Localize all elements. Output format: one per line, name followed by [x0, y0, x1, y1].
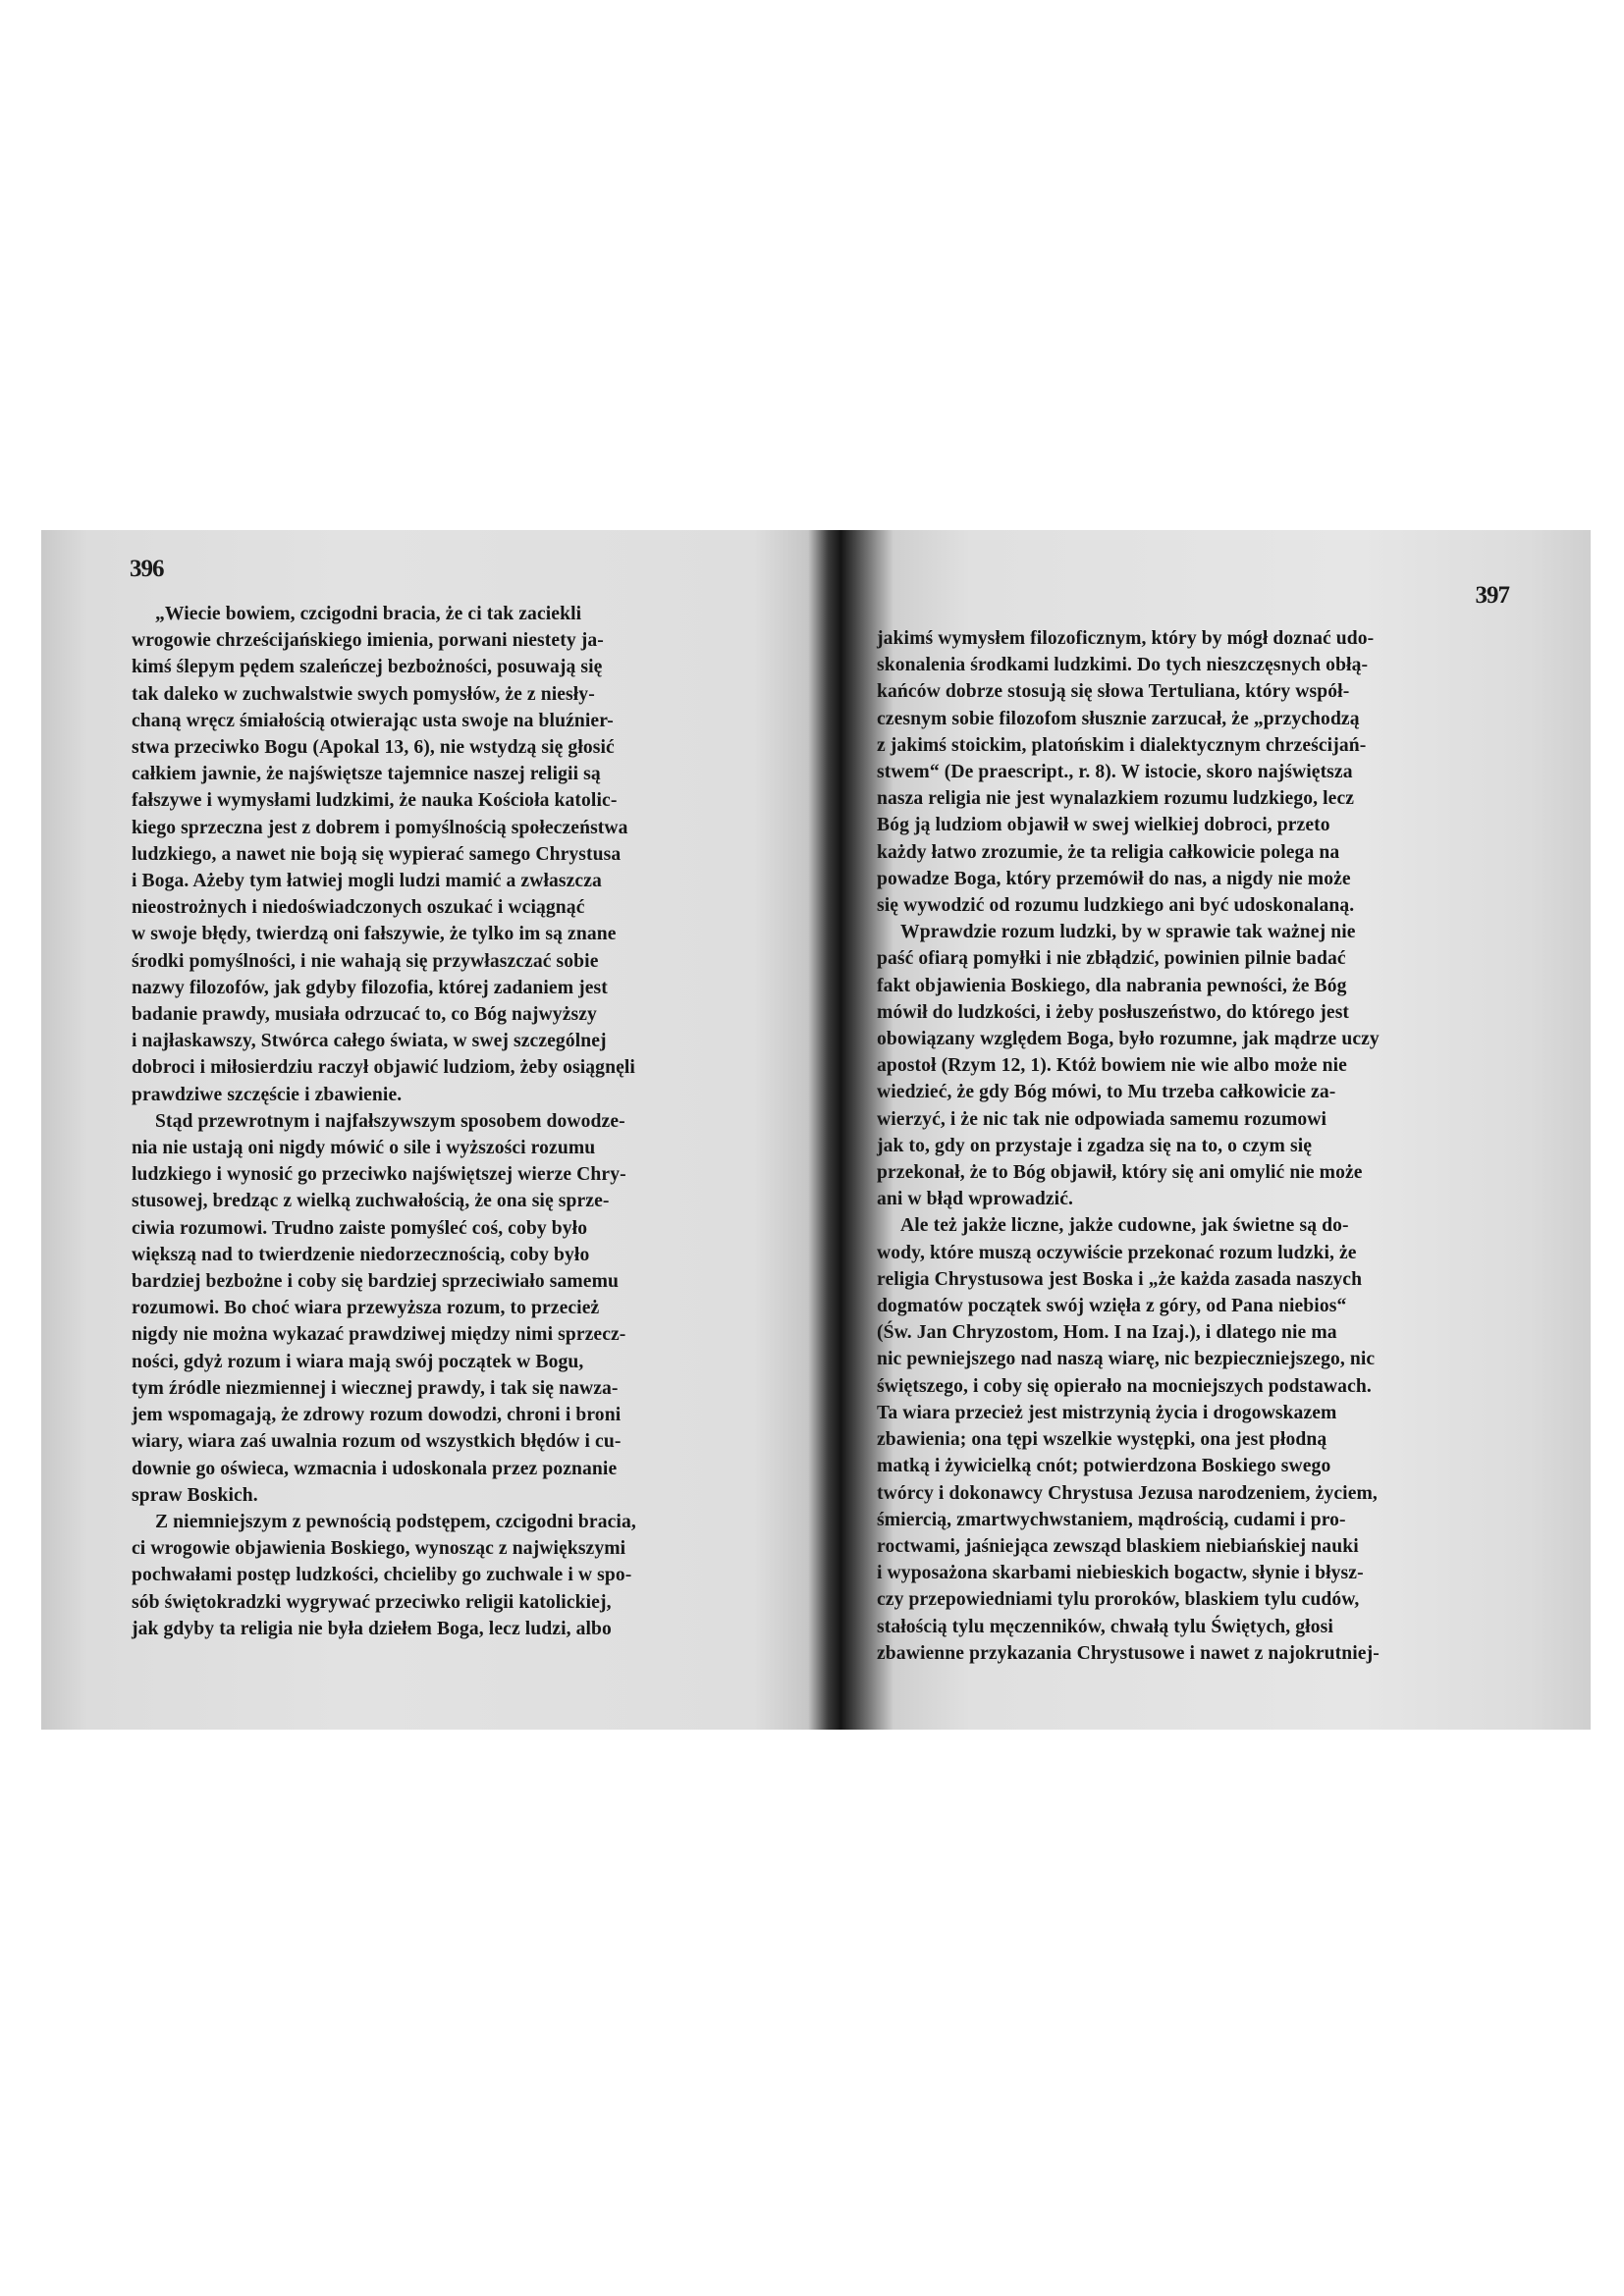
text-line: nic pewniejszego nad naszą wiarę, nic be… — [877, 1346, 1268, 1372]
text-line: Bóg ją ludziom objawił w swej wielkiej d… — [877, 812, 1268, 838]
text-line: jakimś wymysłem filozoficznym, który by … — [877, 625, 1268, 652]
text-line: jem wspomagają, że zdrowy rozum dowodzi,… — [132, 1402, 534, 1428]
text-line: Ta wiara przecież jest mistrzynią życia … — [877, 1400, 1268, 1426]
text-line: spraw Boskich. — [132, 1482, 534, 1509]
text-line: jak to, gdy on przystaje i zgadza się na… — [877, 1133, 1268, 1159]
text-line: Z niemniejszym z pewnością podstępem, cz… — [132, 1509, 534, 1535]
text-line: środki pomyślności, i nie wahają się prz… — [132, 948, 534, 975]
text-line: skonalenia środkami ludzkimi. Do tych ni… — [877, 652, 1268, 678]
text-line: downie go oświeca, wzmacnia i udoskonala… — [132, 1456, 534, 1482]
text-line: stwem“ (De praescript., r. 8). W istocie… — [877, 759, 1268, 785]
text-line: dogmatów początek swój wzięła z góry, od… — [877, 1293, 1268, 1319]
text-line: wrogowie chrześcijańskiego imienia, porw… — [132, 627, 534, 654]
text-line: jak gdyby ta religia nie była dziełem Bo… — [132, 1616, 534, 1642]
text-line: ci wrogowie objawienia Boskiego, wynoszą… — [132, 1535, 534, 1562]
text-line: całkiem jawnie, że najświętsze tajemnice… — [132, 761, 534, 787]
text-line: każdy łatwo zrozumie, że ta religia całk… — [877, 839, 1268, 866]
text-line: sób świętokradzki wygrywać przeciwko rel… — [132, 1589, 534, 1616]
text-line: nieostrożnych i niedoświadczonych oszuka… — [132, 894, 534, 921]
left-page: 396 „Wiecie bowiem, czcigodni bracia, że… — [41, 530, 817, 1730]
text-line: się wywodzić od rozumu ludzkiego ani być… — [877, 892, 1268, 919]
text-line: i Boga. Ażeby tym łatwiej mogli ludzi ma… — [132, 868, 534, 894]
text-line: zbawienne przykazania Chrystusowe i nawe… — [877, 1640, 1268, 1667]
book-scan: 396 „Wiecie bowiem, czcigodni bracia, że… — [41, 530, 1591, 1730]
text-line: czesnym sobie filozofom słusznie zarzuca… — [877, 706, 1268, 732]
text-line: kiego sprzeczna jest z dobrem i pomyślno… — [132, 815, 534, 841]
text-line: śmiercią, zmartwychwstaniem, mądrością, … — [877, 1507, 1268, 1533]
text-line: świętszego, i coby się opierało na mocni… — [877, 1373, 1268, 1400]
text-line: apostoł (Rzym 12, 1). Któż bowiem nie wi… — [877, 1052, 1268, 1079]
text-line: nigdy nie można wykazać prawdziwej międz… — [132, 1321, 534, 1348]
text-line: chaną wręcz śmiałością otwierając usta s… — [132, 708, 534, 734]
text-line: paść ofiarą pomyłki i nie zbłądzić, powi… — [877, 945, 1268, 972]
text-line: fałszywe i wymysłami ludzkimi, że nauka … — [132, 787, 534, 814]
text-line: ciwia rozumowi. Trudno zaiste pomyśleć c… — [132, 1215, 534, 1242]
text-line: nia nie ustają oni nigdy mówić o sile i … — [132, 1135, 534, 1161]
text-line: z jakimś stoickim, platońskim i dialekty… — [877, 732, 1268, 759]
text-line: tym źródle niezmiennej i wiecznej prawdy… — [132, 1375, 534, 1402]
text-line: w swoje błędy, twierdzą oni fałszywie, ż… — [132, 921, 534, 947]
text-line: badanie prawdy, musiała odrzucać to, co … — [132, 1001, 534, 1028]
right-page-body: jakimś wymysłem filozoficznym, który by … — [877, 625, 1268, 1667]
text-line: rozumowi. Bo choć wiara przewyższa rozum… — [132, 1295, 534, 1321]
text-line: kańców dobrze stosują się słowa Tertulia… — [877, 678, 1268, 705]
text-line: nazwy filozofów, jak gdyby filozofia, kt… — [132, 975, 534, 1001]
text-line: czy przepowiedniami tylu proroków, blask… — [877, 1586, 1268, 1613]
text-line: i najłaskawszy, Stwórca całego świata, w… — [132, 1028, 534, 1054]
text-line: matką i żywicielką cnót; potwierdzona Bo… — [877, 1453, 1268, 1479]
text-line: wierzyć, i że nic tak nie odpowiada same… — [877, 1106, 1268, 1133]
text-line: mówił do ludzkości, i żeby posłuszeństwo… — [877, 999, 1268, 1026]
text-line: Stąd przewrotnym i najfałszywszym sposob… — [132, 1108, 534, 1135]
text-line: bardziej bezbożne i coby się bardziej sp… — [132, 1268, 534, 1295]
text-line: ani w błąd wprowadzić. — [877, 1186, 1268, 1212]
text-line: obowiązany względem Boga, było rozumne, … — [877, 1026, 1268, 1052]
text-line: i wyposażona skarbami niebieskich bogact… — [877, 1560, 1268, 1586]
text-line: religia Chrystusowa jest Boska i „że każ… — [877, 1266, 1268, 1293]
text-line: twórcy i dokonawcy Chrystusa Jezusa naro… — [877, 1480, 1268, 1507]
text-line: fakt objawienia Boskiego, dla nabrania p… — [877, 973, 1268, 999]
text-line: tak daleko w zuchwalstwie swych pomysłów… — [132, 681, 534, 708]
text-line: przekonał, że to Bóg objawił, który się … — [877, 1159, 1268, 1186]
text-line: kimś ślepym pędem szaleńczej bezbożności… — [132, 654, 534, 680]
text-line: stwa przeciwko Bogu (Apokal 13, 6), nie … — [132, 734, 534, 761]
right-page: 397 jakimś wymysłem filozoficznym, który… — [825, 530, 1591, 1730]
text-line: ludzkiego, a nawet nie boją się wypierać… — [132, 841, 534, 868]
text-line: „Wiecie bowiem, czcigodni bracia, że ci … — [132, 601, 534, 627]
page-number-left: 396 — [130, 556, 164, 583]
text-line: ności, gdyż rozum i wiara mają swój pocz… — [132, 1349, 534, 1375]
text-line: nasza religia nie jest wynalazkiem rozum… — [877, 785, 1268, 812]
left-page-body: „Wiecie bowiem, czcigodni bracia, że ci … — [132, 601, 534, 1642]
text-line: (Św. Jan Chryzostom, Hom. I na Izaj.), i… — [877, 1319, 1268, 1346]
text-line: wiedzieć, że gdy Bóg mówi, to Mu trzeba … — [877, 1079, 1268, 1105]
text-line: wody, które muszą oczywiście przekonać r… — [877, 1240, 1268, 1266]
text-line: pochwałami postęp ludzkości, chcieliby g… — [132, 1562, 534, 1588]
text-line: roctwami, jaśniejąca zewsząd blaskiem ni… — [877, 1533, 1268, 1560]
text-line: stusowej, bredząc z wielką zuchwałością,… — [132, 1188, 534, 1214]
text-line: prawdziwe szczęście i zbawienie. — [132, 1082, 534, 1108]
text-line: ludzkiego i wynosić go przeciwko najświę… — [132, 1161, 534, 1188]
text-line: większą nad to twierdzenie niedorzecznoś… — [132, 1242, 534, 1268]
text-line: zbawienia; ona tępi wszelkie występki, o… — [877, 1426, 1268, 1453]
text-line: stałością tylu męczenników, chwałą tylu … — [877, 1614, 1268, 1640]
text-line: Wprawdzie rozum ludzki, by w sprawie tak… — [877, 919, 1268, 945]
text-line: powadze Boga, który przemówił do nas, a … — [877, 866, 1268, 892]
text-line: Ale też jakże liczne, jakże cudowne, jak… — [877, 1212, 1268, 1239]
page-number-right: 397 — [1476, 582, 1510, 610]
text-line: wiary, wiara zaś uwalnia rozum od wszyst… — [132, 1428, 534, 1455]
text-line: dobroci i miłosierdziu raczył objawić lu… — [132, 1054, 534, 1081]
